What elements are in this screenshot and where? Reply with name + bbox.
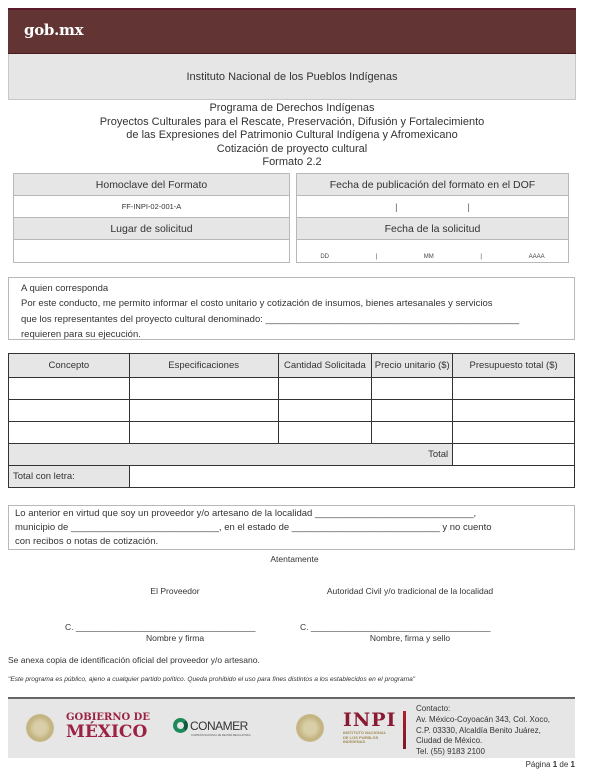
- provider-signature-title: El Proveedor: [100, 586, 250, 596]
- inpi-logo: INPI INSTITUTO NACIONAL DE LOS PUEBLOS I…: [343, 709, 396, 745]
- institute-name: Instituto Nacional de los Pueblos Indíge…: [187, 71, 398, 83]
- concepto-cell[interactable]: [9, 422, 130, 444]
- header-especificaciones: Especificaciones: [129, 354, 278, 378]
- letter-line: Por este conducto, me permito informar e…: [21, 296, 562, 311]
- total-letra-field[interactable]: [129, 466, 574, 488]
- header-concepto: Concepto: [9, 354, 130, 378]
- document-type: Cotización de proyecto cultural: [8, 143, 576, 157]
- provider-signature-caption: Nombre y firma: [100, 633, 250, 643]
- provider-signature-line[interactable]: C. _____________________________________…: [65, 622, 256, 632]
- contact-address: Av. México-Coyoacán 343, Col. Xoco,: [416, 715, 550, 726]
- header-precio-unitario: Precio unitario ($): [372, 354, 453, 378]
- institute-band: Instituto Nacional de los Pueblos Indíge…: [8, 54, 576, 100]
- total-label: Total: [9, 444, 453, 466]
- conamer-subtitle: COMISIÓN NACIONAL DE MEJORA REGULATORIA: [191, 734, 251, 737]
- gobierno-de-mexico-logo: GOBIERNO DE MÉXICO: [66, 713, 150, 741]
- authority-signature-caption: Nombre, firma y sello: [315, 633, 505, 643]
- project-title-line2: de las Expresiones del Patrimonio Cultur…: [8, 129, 576, 143]
- contact-phone[interactable]: Tel. (55) 9183 2100: [416, 747, 550, 758]
- dof-date-separator: |: [468, 202, 470, 212]
- table-row: [9, 422, 575, 444]
- contact-city: Ciudad de México.: [416, 736, 550, 747]
- precio-cell[interactable]: [372, 422, 453, 444]
- program-title: Programa de Derechos Indígenas: [8, 102, 576, 116]
- homoclave-value: FF-INPI-02-001-A: [14, 196, 289, 218]
- concepto-cell[interactable]: [9, 400, 130, 422]
- contact-address: C.P. 03330, Alcaldía Benito Juárez,: [416, 726, 550, 737]
- month-placeholder: MM: [424, 254, 434, 260]
- quote-table: Concepto Especificaciones Cantidad Solic…: [8, 353, 575, 488]
- gob-header-bar: gob.mx: [8, 8, 576, 54]
- mexico-seal-icon: [26, 714, 54, 742]
- cantidad-cell[interactable]: [278, 378, 372, 400]
- authority-signature-line[interactable]: C. _____________________________________…: [300, 622, 491, 632]
- project-title-line1: Proyectos Culturales para el Rescate, Pr…: [8, 116, 576, 130]
- lugar-label: Lugar de solicitud: [14, 218, 289, 240]
- precio-cell[interactable]: [372, 378, 453, 400]
- date-separator: |: [480, 254, 482, 260]
- homoclave-label: Homoclave del Formato: [14, 174, 289, 196]
- authority-signature-title: Autoridad Civil y/o tradicional de la lo…: [300, 586, 520, 596]
- total-letra-row: Total con letra:: [9, 466, 575, 488]
- dof-date-field[interactable]: | |: [297, 196, 568, 218]
- header-presupuesto-total: Presupuesto total ($): [453, 354, 575, 378]
- conamer-mark-icon: [173, 718, 188, 733]
- disclaimer-note: "Este programa es público, ajeno a cualq…: [8, 676, 415, 683]
- presupuesto-cell[interactable]: [453, 422, 575, 444]
- mexico-seal-icon: [296, 714, 324, 742]
- contact-label: Contacto:: [416, 704, 550, 715]
- dof-date-separator: |: [395, 202, 397, 212]
- presupuesto-cell[interactable]: [453, 378, 575, 400]
- day-placeholder: DD: [320, 254, 329, 260]
- statement-box: Lo anterior en virtud que soy un proveed…: [8, 505, 575, 550]
- page-number: Página 1 de 1: [526, 760, 575, 769]
- concepto-cell[interactable]: [9, 378, 130, 400]
- format-number: Formato 2.2: [8, 156, 576, 170]
- inpi-thread-icon: [403, 711, 406, 749]
- format-info-right: Fecha de publicación del formato en el D…: [296, 173, 569, 263]
- municipio-estado-blank[interactable]: municipio de ___________________________…: [15, 521, 568, 535]
- request-date-field[interactable]: DD | MM | AAAA: [297, 240, 568, 262]
- statement-line: con recibos o notas de cotización.: [15, 535, 568, 549]
- quote-table-header: Concepto Especificaciones Cantidad Solic…: [9, 354, 575, 378]
- format-info-left: Homoclave del Formato FF-INPI-02-001-A L…: [13, 173, 290, 263]
- date-separator: |: [376, 254, 378, 260]
- especificaciones-cell[interactable]: [129, 378, 278, 400]
- letter-greeting: A quien corresponda: [21, 281, 562, 296]
- contact-info: Contacto: Av. México-Coyoacán 343, Col. …: [416, 704, 550, 758]
- header-cantidad: Cantidad Solicitada: [278, 354, 372, 378]
- gob-mx-logo[interactable]: gob.mx: [24, 21, 83, 39]
- letter-line: requieren para su ejecución.: [21, 327, 562, 342]
- total-letra-label: Total con letra:: [9, 466, 130, 488]
- cantidad-cell[interactable]: [278, 400, 372, 422]
- request-date-label: Fecha de la solicitud: [297, 218, 568, 240]
- lugar-field[interactable]: [14, 240, 289, 262]
- cantidad-cell[interactable]: [278, 422, 372, 444]
- dof-date-label: Fecha de publicación del formato en el D…: [297, 174, 568, 196]
- especificaciones-cell[interactable]: [129, 422, 278, 444]
- localidad-blank[interactable]: Lo anterior en virtud que soy un proveed…: [15, 507, 568, 521]
- precio-cell[interactable]: [372, 400, 453, 422]
- year-placeholder: AAAA: [529, 254, 545, 260]
- annex-note: Se anexa copia de identificación oficial…: [8, 655, 260, 665]
- document-titles: Programa de Derechos Indígenas Proyectos…: [8, 102, 576, 170]
- presupuesto-cell[interactable]: [453, 400, 575, 422]
- letter-box: A quien corresponda Por este conducto, m…: [8, 277, 575, 340]
- especificaciones-cell[interactable]: [129, 400, 278, 422]
- project-name-blank[interactable]: que los representantes del proyecto cult…: [21, 312, 562, 327]
- footer-band: GOBIERNO DE MÉXICO CONAMER COMISIÓN NACI…: [8, 697, 575, 758]
- total-value-cell[interactable]: [453, 444, 575, 466]
- table-row: [9, 400, 575, 422]
- conamer-logo: CONAMER: [173, 718, 248, 733]
- table-row: [9, 378, 575, 400]
- closing-atentamente: Atentamente: [0, 554, 589, 564]
- total-row: Total: [9, 444, 575, 466]
